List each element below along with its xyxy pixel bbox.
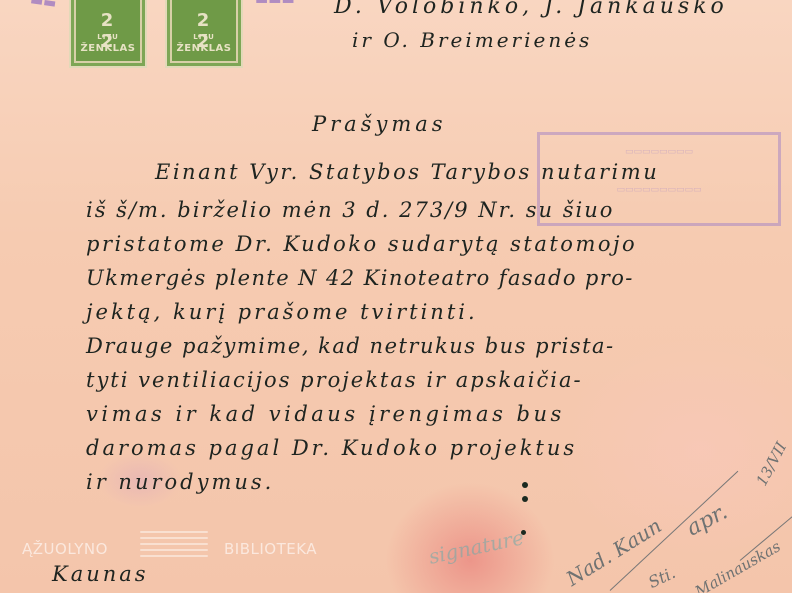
stamp-label: ŽENKLAS xyxy=(167,43,241,54)
watermark-logo xyxy=(140,527,208,571)
watermark-left: ĄŽUOLYNO xyxy=(22,540,108,558)
purple-stamp-mark: ▬▬▬ xyxy=(255,0,295,8)
body-line: tyti ventiliacijos projektas ir apskaiči… xyxy=(86,368,583,392)
body-line: Ukmergės plente N 42 Kinoteatro fasado p… xyxy=(86,266,634,290)
header-line: D. Volobinko, J. Jankausko xyxy=(334,0,728,19)
header-line: ir O. Breimerienės xyxy=(352,28,592,52)
document-paper xyxy=(0,0,792,593)
revenue-stamp: 2 2 LITU ŽENKLAS xyxy=(69,0,147,68)
ink-blot xyxy=(522,496,528,502)
stamp-currency: LITU xyxy=(167,33,241,41)
ink-blot xyxy=(522,482,528,488)
body-line: ir nurodymus. xyxy=(86,470,274,494)
body-line: jektą, kurį prašome tvirtinti. xyxy=(86,300,478,324)
body-line: Drauge pažymime, kad netrukus bus prista… xyxy=(86,334,615,358)
body-line: daromas pagal Dr. Kudoko projektus xyxy=(86,436,577,460)
body-line: iš š/m. birželio mėn 3 d. 273/9 Nr. su š… xyxy=(86,198,614,222)
document-title: Prašymas xyxy=(312,112,447,136)
closing-place: Kaunas xyxy=(52,562,149,586)
body-line: pristatome Dr. Kudoko sudarytą statomojo xyxy=(86,232,637,256)
watermark-right: BIBLIOTEKA xyxy=(224,540,317,558)
body-line: vimas ir kad vidaus įrengimas bus xyxy=(86,402,565,426)
stamp-label: ŽENKLAS xyxy=(71,43,145,54)
body-line: Einant Vyr. Statybos Tarybos nutarimu xyxy=(155,160,659,184)
stamp-currency: LITU xyxy=(71,33,145,41)
revenue-stamp: 2 2 LITU ŽENKLAS xyxy=(165,0,243,68)
